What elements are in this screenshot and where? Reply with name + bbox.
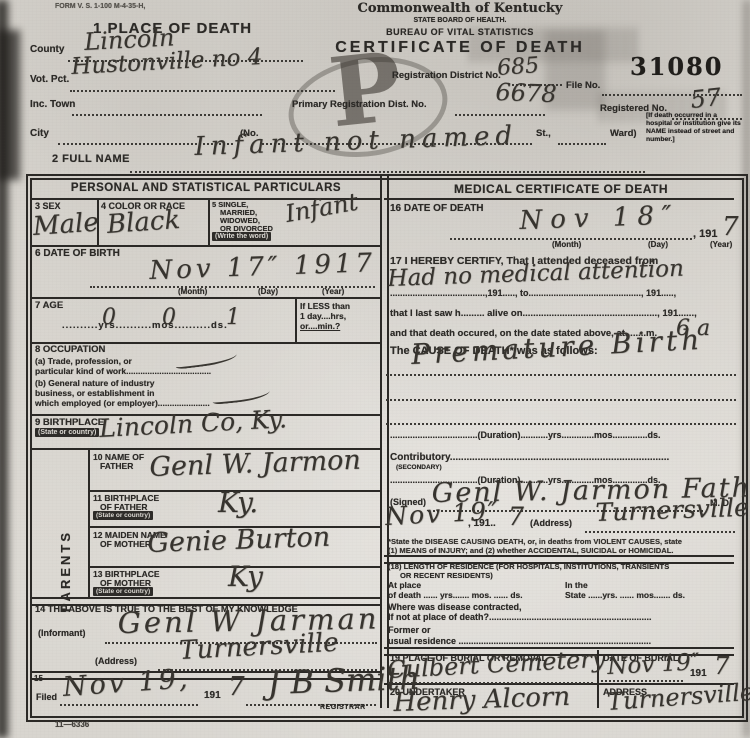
contributory-sub-label: (SECONDARY) xyxy=(396,464,442,471)
informant-address-label: (Address) xyxy=(95,656,137,666)
dob-bottom-rule xyxy=(32,297,380,299)
at-place-label: At place xyxy=(388,580,421,590)
occupation-b-line3: which employed (or employer)............… xyxy=(35,398,375,408)
age-note-2: 1 day....hrs, xyxy=(300,311,346,321)
signed-address-value: Turnersville xyxy=(595,493,749,527)
mother-name-label-2: OF MOTHER xyxy=(100,539,151,549)
filed-label: Filed xyxy=(36,692,57,702)
duration-line-1: ...................................(Dura… xyxy=(390,430,738,440)
age-label: 7 AGE xyxy=(35,300,63,311)
informant-label: (Informant) xyxy=(38,628,86,638)
of-death-line: of death ...... yrs....... mos. ...... d… xyxy=(388,590,523,600)
age-note-1: If LESS than xyxy=(300,301,350,311)
full-name-line xyxy=(130,169,645,173)
cause-footnote-1: *State the DISEASE CAUSING DEATH, or, in… xyxy=(388,537,682,546)
dob-day-label: (Day) xyxy=(258,287,278,296)
race-value: Black xyxy=(106,205,181,240)
row1-bottom-rule xyxy=(32,245,380,247)
age-years-value: 0 xyxy=(102,305,116,330)
mother-bp-value: Ky xyxy=(228,560,263,593)
age-note-3: or....min.? xyxy=(300,321,340,331)
filed-line xyxy=(60,702,198,706)
contracted-line-1: Where was disease contracted, xyxy=(388,602,522,612)
age-note-divider xyxy=(295,297,297,342)
signed-address-label: (Address) xyxy=(530,518,572,528)
burial-year-digit: 7 xyxy=(714,652,729,680)
city-st-line xyxy=(558,141,606,145)
burial-year-print: 191 xyxy=(690,668,707,679)
city-ward-label: Ward) xyxy=(610,128,637,139)
right-title-rule xyxy=(384,198,734,200)
occupation-a-line2: particular kind of work.................… xyxy=(35,366,375,376)
city-label: City xyxy=(30,128,49,139)
father-bp-sub-chip: (State or country) xyxy=(93,511,153,520)
former-line-1: Former or xyxy=(388,625,431,635)
cause-line-3 xyxy=(386,421,736,425)
full-name-value: Infant not named xyxy=(194,121,518,162)
certify-print-line2: ......................................,1… xyxy=(390,288,738,298)
cause-footnote-2: (1) MEANS of INJURY; and (2) whether ACC… xyxy=(388,546,673,555)
bureau-line: BUREAU OF VITAL STATISTICS xyxy=(300,27,620,37)
dod-year-print: , 191 xyxy=(693,228,717,240)
form-code-bottom: 11—6336 xyxy=(55,720,89,729)
in-the-label: In the xyxy=(565,580,588,590)
signed-address-line xyxy=(585,529,735,533)
marital-write-word-chip: (Write the word) xyxy=(212,232,271,241)
contributory-label: Contributory............................… xyxy=(390,452,738,463)
occupation-b-line1: (b) General nature of industry xyxy=(35,378,155,388)
dod-year-label: (Year) xyxy=(710,240,732,249)
father-name-label-2: FATHER xyxy=(100,461,133,471)
race-marital-divider xyxy=(208,198,210,245)
state-board-line: STATE BOARD OF HEALTH. xyxy=(330,17,590,24)
inc-town-line xyxy=(72,112,262,116)
birthplace-sub-chip: (State or country) xyxy=(35,428,99,437)
city-st-label: St., xyxy=(536,128,551,139)
filed-year-print: 191 xyxy=(204,690,221,701)
primary-reg-label: Primary Registration Dist. No. xyxy=(292,99,427,110)
signed-year-digit: 7 xyxy=(508,502,524,531)
sex-value: Male xyxy=(32,207,100,242)
inc-town-label: Inc. Town xyxy=(30,99,75,110)
certificate-title: CERTIFICATE OF DEATH xyxy=(280,39,640,57)
right-section-title: MEDICAL CERTIFICATE OF DEATH xyxy=(386,182,736,196)
reg-district-label: Registration District No. xyxy=(392,70,501,81)
contracted-line-2: If not at place of death?...............… xyxy=(388,612,736,622)
filed-year-digit: 7 xyxy=(228,672,245,702)
reg-district-value: 685 xyxy=(496,53,540,81)
registrar-label: REGISTRAR xyxy=(320,704,366,711)
father-bp-value: Ky. xyxy=(218,486,258,519)
dod-value: Nov 18″ xyxy=(519,200,680,236)
scan-left-blotch xyxy=(0,30,20,180)
county-label: County xyxy=(30,44,64,55)
scan-left-edge xyxy=(0,0,8,738)
full-name-label: 2 FULL NAME xyxy=(52,153,130,165)
occupation-label: 8 OCCUPATION xyxy=(35,344,105,355)
age-days-value: 1 xyxy=(226,305,240,330)
age-months-value: 0 xyxy=(162,305,176,330)
primary-reg-value: 6678 xyxy=(495,78,557,108)
cause-line-1 xyxy=(386,372,736,376)
registrar-signature: J B Smith xyxy=(267,659,421,702)
state-line: State ......yrs. ...... mos....... ds. xyxy=(565,590,685,600)
dob-year-label: (Year) xyxy=(322,287,344,296)
registered-no-value: 57 xyxy=(689,83,722,114)
burial-date-value: Nov 19″ xyxy=(607,649,700,680)
occupation-a-line1: (a) Trade, profession, or xyxy=(35,356,132,366)
commonwealth-title: Commonwealth of Kentucky xyxy=(320,1,600,16)
filed-row-number: 15 xyxy=(34,674,43,683)
dob-label: 6 DATE OF BIRTH xyxy=(35,248,120,259)
precinct-line xyxy=(70,88,335,92)
residence-label-2: OR RECENT RESIDENTS) xyxy=(400,571,493,580)
dod-day-label: (Day) xyxy=(648,240,668,249)
dod-month-label: (Month) xyxy=(552,240,581,249)
mother-name-value: Genie Burton xyxy=(147,522,331,559)
cause-line-2 xyxy=(386,397,736,401)
former-line-2: usual residence ........................… xyxy=(388,636,736,646)
dod-label: 16 DATE OF DEATH xyxy=(390,203,484,214)
form-code-top: FORM V. S. 1-100 M-4-35-H, xyxy=(55,3,145,10)
signed-year-print: , 191.. xyxy=(468,518,496,529)
death-certificate-document: FORM V. S. 1-100 M-4-35-H, 1 PLACE OF DE… xyxy=(0,0,750,738)
hospital-note: [If death occurred in a hospital or inst… xyxy=(646,112,744,145)
birthplace-label: 9 BIRTHPLACE xyxy=(35,417,104,428)
age-print-line: ..........yrs..........mos..........ds. xyxy=(62,320,228,331)
file-no-value: 31080 xyxy=(630,52,724,81)
file-no-label: File No. xyxy=(566,80,600,91)
occupation-b-line2: business, or establishment in xyxy=(35,388,155,398)
parents-divider xyxy=(88,448,90,598)
dob-month-label: (Month) xyxy=(178,287,207,296)
dod-year-digit: 7 xyxy=(722,212,739,242)
residence-label-1: (18) LENGTH OF RESIDENCE (FOR HOSPITALS,… xyxy=(388,562,669,571)
mother-bp-sub-chip: (State or country) xyxy=(93,587,153,596)
precinct-label: Vot. Pct. xyxy=(30,74,69,85)
primary-reg-line xyxy=(455,112,545,116)
